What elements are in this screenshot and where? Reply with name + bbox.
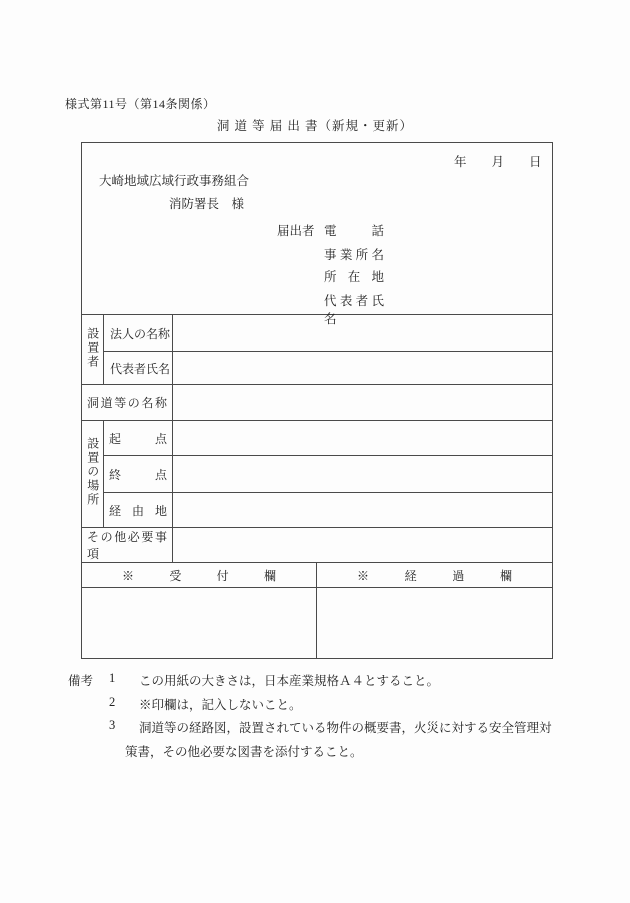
installer-representative-input[interactable] [173,352,553,385]
phone-label: 電話 [324,221,384,239]
remarks-section: 備考 1 この用紙の大きさは，日本産業規格Ａ４とすること。 2 ※印欄は，記入し… [68,671,578,771]
remark-2-number: 2 [109,695,115,710]
representative-label: 代表者氏名 [324,291,384,327]
remark-3-number: 3 [109,718,115,733]
form-number: 様式第11号（第14条関係） [65,95,216,112]
other-items-label: その他必要事項 [82,528,173,563]
remark-3-text: 洞道等の経路図，設置されている物件の概要書，火災に対する安全管理対 [139,718,552,736]
form-page: 様式第11号（第14条関係） 洞 道 等 届 出 書（新規・更新） 年 月 日 … [0,0,630,903]
tunnel-name-input[interactable] [173,385,553,421]
notifier-label: 届出者 [277,221,315,239]
address-label: 所在地 [324,267,384,285]
via-point-label: 経由地 [104,493,173,528]
form-table: 年 月 日 大崎地域広域行政事務組合 消防署長 様 届出者 電話 事業所名 所在… [81,142,553,659]
location-group-cell: 設置の場所 [82,421,104,528]
remarks-label: 備考 [68,671,93,689]
start-point-label: 起点 [104,421,173,456]
installer-group-cell: 設置者 [82,315,104,385]
start-point-input[interactable] [173,421,553,456]
remark-2-text: ※印欄は，記入しないこと。 [139,695,302,713]
doc-title: 洞 道 等 届 出 書（新規・更新） [0,116,630,134]
installer-group-label: 設置者 [86,327,99,369]
date-line: 年 月 日 [454,152,542,170]
remark-1-text: この用紙の大きさは，日本産業規格Ａ４とすること。 [139,671,439,689]
other-items-input[interactable] [173,528,553,563]
end-point-input[interactable] [173,456,553,493]
addressee: 消防署長 様 [169,194,244,212]
end-point-label: 終点 [104,456,173,493]
business-name-label: 事業所名 [324,245,384,263]
installer-representative-label: 代表者氏名 [104,352,173,385]
corporate-name-label: 法人の名称 [104,315,173,352]
progress-column-header: ※経過欄 [317,563,553,588]
remark-1-number: 1 [109,671,115,686]
via-point-input[interactable] [173,493,553,528]
reception-column-header: ※受付欄 [82,563,317,588]
progress-box [317,588,553,659]
tunnel-name-label: 洞道等の名称 [82,385,173,421]
remark-3-text-continued: 策書，その他必要な図書を添付すること。 [125,742,363,760]
form-header-cell: 年 月 日 大崎地域広域行政事務組合 消防署長 様 届出者 電話 事業所名 所在… [82,143,553,315]
organization-name: 大崎地域広域行政事務組合 [99,171,249,189]
reception-box [82,588,317,659]
location-group-label: 設置の場所 [86,437,99,507]
